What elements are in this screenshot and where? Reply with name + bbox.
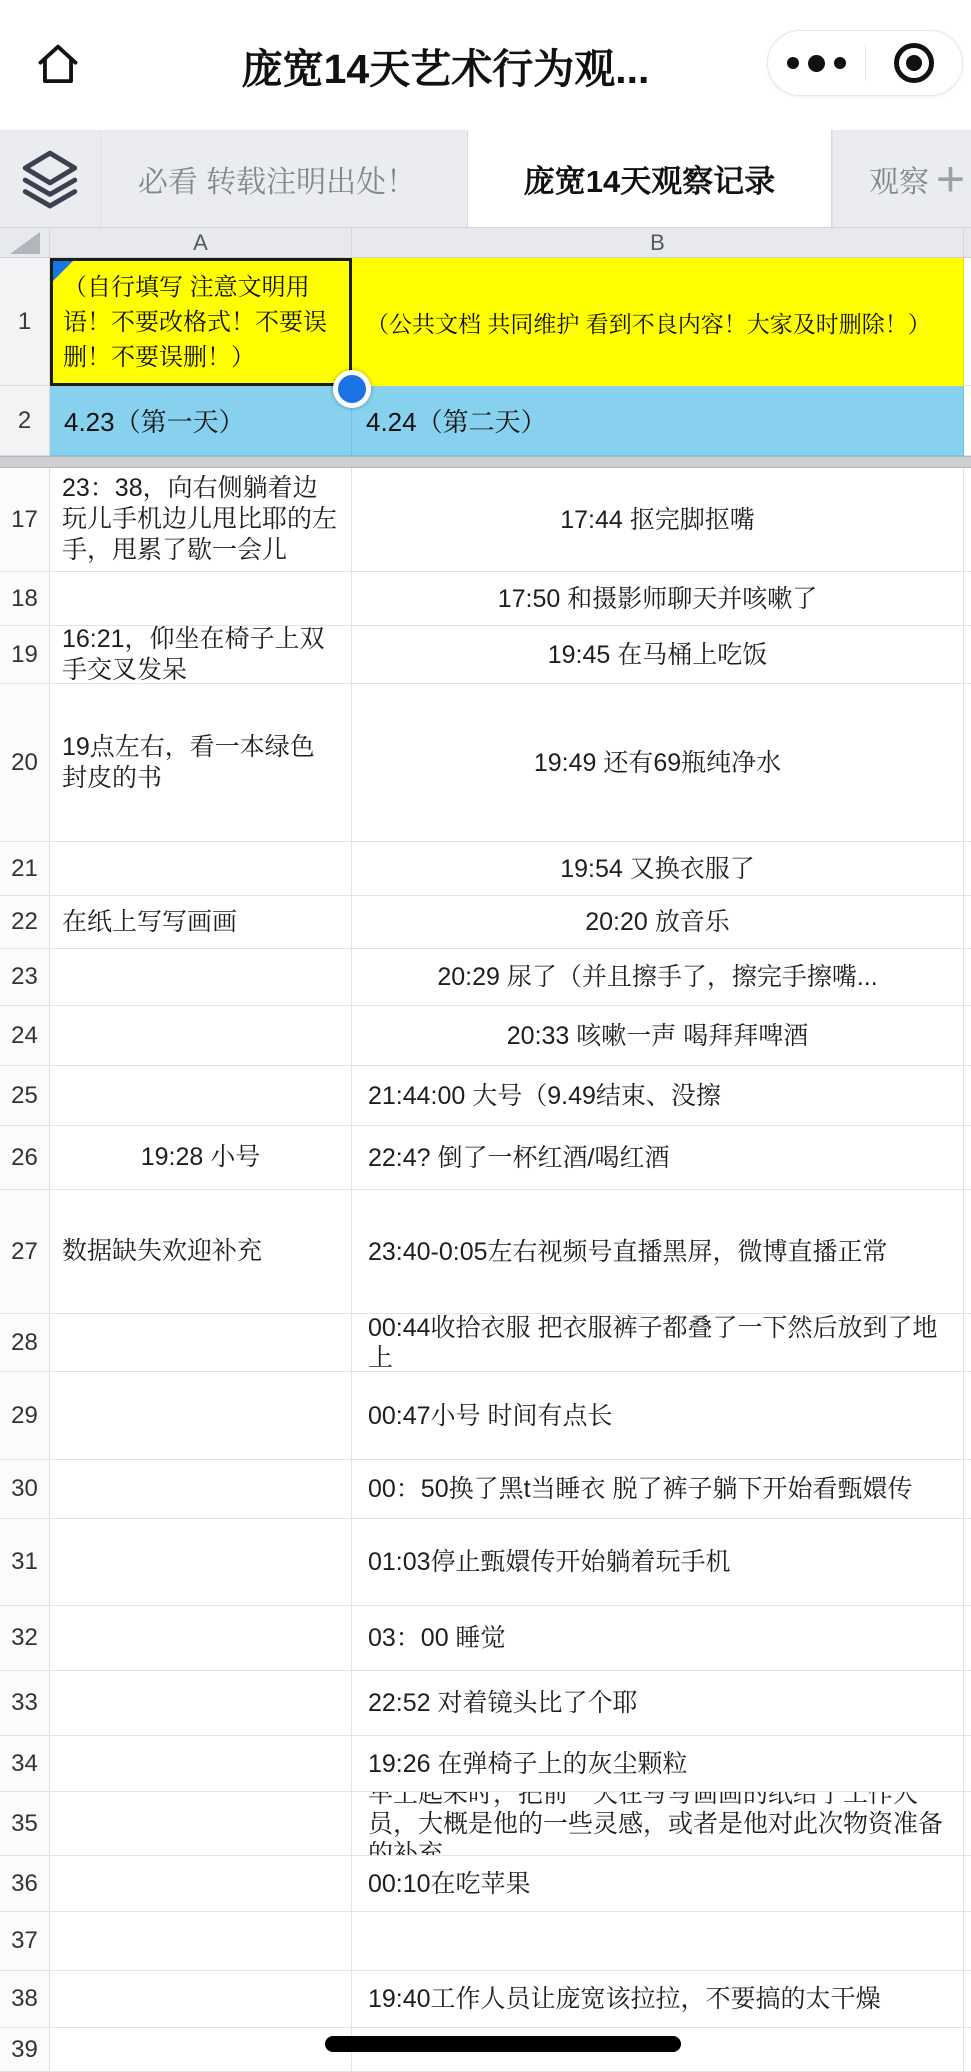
select-all-corner[interactable] (0, 228, 50, 257)
cell-a33[interactable] (50, 1671, 352, 1736)
table-row: 34 19:26 在弹椅子上的灰尘颗粒 (0, 1736, 971, 1792)
capsule-close-button[interactable] (866, 31, 963, 95)
column-c-sliver (964, 1314, 971, 1372)
cell-b21[interactable]: 19:54 又换衣服了 (352, 842, 964, 896)
selection-wedge (50, 258, 76, 284)
sheet-tabbar: 必看 转载注明出处！ 庞宽14天观察记录 观察 + (0, 130, 971, 228)
more-icon (787, 55, 846, 72)
table-row: 23 20:29 尿了（并且擦手了，擦完手擦嘴... (0, 949, 971, 1006)
row-number[interactable]: 36 (0, 1856, 50, 1912)
column-c-sliver (964, 1066, 971, 1126)
row-number[interactable]: 23 (0, 949, 50, 1006)
column-headers: A B (0, 228, 971, 258)
column-c-sliver (964, 842, 971, 896)
column-c-sliver (964, 1126, 971, 1190)
circle-dot-icon (894, 43, 934, 83)
col-header-a[interactable]: A (50, 228, 352, 257)
row-number[interactable]: 24 (0, 1006, 50, 1066)
table-row: 25 21:44:00 大号（9.49结束、没擦 (0, 1066, 971, 1126)
row-number[interactable]: 31 (0, 1519, 50, 1606)
row-number-1[interactable]: 1 (0, 258, 50, 386)
cell-b18[interactable]: 17:50 和摄影师聊天并咳嗽了 (352, 572, 964, 626)
sheet-list-button[interactable] (0, 130, 100, 227)
row-number[interactable]: 38 (0, 1971, 50, 2028)
row-number[interactable]: 18 (0, 572, 50, 626)
column-c-sliver (964, 949, 971, 1006)
cell-b38[interactable]: 19:40工作人员让庞宽该拉拉，不要搞的太干燥 (352, 1971, 964, 2028)
row-number[interactable]: 17 (0, 468, 50, 572)
cell-b26[interactable]: 22:4? 倒了一杯红酒/喝红酒 (352, 1126, 964, 1190)
selection-handle[interactable] (333, 370, 371, 408)
table-row: 31 01:03停止甄嬛传开始躺着玩手机 (0, 1519, 971, 1606)
row-number[interactable]: 22 (0, 896, 50, 949)
home-icon (31, 37, 85, 91)
cell-b30[interactable]: 00：50换了黑t当睡衣 脱了裤子躺下开始看甄嬛传 (352, 1460, 964, 1519)
column-c-sliver (964, 258, 971, 386)
row-number[interactable]: 19 (0, 626, 50, 684)
table-row: 35 早上起来时，把前一天在写写画画的纸给了工作人员，大概是他的一些灵感，或者是… (0, 1792, 971, 1856)
cell-b33[interactable]: 22:52 对着镜头比了个耶 (352, 1671, 964, 1736)
cell-b23[interactable]: 20:29 尿了（并且擦手了，擦完手擦嘴... (352, 949, 964, 1006)
column-c-sliver (964, 468, 971, 572)
add-sheet-button[interactable]: + (930, 130, 971, 227)
column-c-sliver (964, 572, 971, 626)
column-c-sliver (964, 1912, 971, 1971)
cell-a39[interactable] (50, 2028, 352, 2072)
col-header-b[interactable]: B (352, 228, 964, 257)
row-number[interactable]: 26 (0, 1126, 50, 1190)
row-number[interactable]: 35 (0, 1792, 50, 1856)
column-c-sliver (964, 386, 971, 456)
cell-b24[interactable]: 20:33 咳嗽一声 喝拜拜啤酒 (352, 1006, 964, 1066)
row-number[interactable]: 21 (0, 842, 50, 896)
cell-a23[interactable] (50, 949, 352, 1006)
cell-a38[interactable] (50, 1971, 352, 2028)
row-2: 2 4.23（第一天） 4.24（第二天） (0, 386, 971, 456)
cell-a25[interactable] (50, 1066, 352, 1126)
row-number[interactable]: 33 (0, 1671, 50, 1736)
table-row: 22 在纸上写写画画 20:20 放音乐 (0, 896, 971, 949)
table-row: 33 22:52 对着镜头比了个耶 (0, 1671, 971, 1736)
table-row: 27 数据缺失欢迎补充 23:40-0:05左右视频号直播黑屏，微博直播正常 (0, 1190, 971, 1314)
row-number[interactable]: 28 (0, 1314, 50, 1372)
column-c-sliver (964, 1606, 971, 1671)
cell-b31[interactable]: 01:03停止甄嬛传开始躺着玩手机 (352, 1519, 964, 1606)
tab-next-sheet[interactable]: 观察 (832, 130, 930, 227)
cell-a24[interactable] (50, 1006, 352, 1066)
table-row: 18 17:50 和摄影师聊天并咳嗽了 (0, 572, 971, 626)
cell-b19[interactable]: 19:45 在马桶上吃饭 (352, 626, 964, 684)
cell-b34[interactable]: 19:26 在弹椅子上的灰尘颗粒 (352, 1736, 964, 1792)
cell-a19[interactable]: 16:21，仰坐在椅子上双手交叉发呆 (50, 626, 352, 684)
row-number[interactable]: 27 (0, 1190, 50, 1314)
tab-notice-sheet[interactable]: 必看 转载注明出处！ (100, 130, 467, 227)
column-c-sliver (964, 1856, 971, 1912)
tab-label: 必看 转载注明出处！ (138, 157, 416, 201)
navbar: 庞宽14天艺术行为观... (0, 0, 971, 130)
table-row: 19 16:21，仰坐在椅子上双手交叉发呆 19:45 在马桶上吃饭 (0, 626, 971, 684)
cell-b32[interactable]: 03：00 睡觉 (352, 1606, 964, 1671)
cell-b20[interactable]: 19:49 还有69瓶纯净水 (352, 684, 964, 842)
cell-b37[interactable] (352, 1912, 964, 1971)
cell-b28[interactable]: 00:44收拾衣服 把衣服裤子都叠了一下然后放到了地上 (352, 1314, 964, 1372)
row-1: 1 （自行填写 注意文明用语！不要改格式！不要误删！不要误删！） （公共文档 共… (0, 258, 971, 386)
cell-a36[interactable] (50, 1856, 352, 1912)
column-c-sliver (964, 1971, 971, 2028)
cell-a2[interactable]: 4.23（第一天） (50, 386, 352, 456)
column-c-sliver (964, 1792, 971, 1856)
column-c-sliver (964, 1671, 971, 1736)
table-row: 20 19点左右，看一本绿色封皮的书 19:49 还有69瓶纯净水 (0, 684, 971, 842)
cell-b1[interactable]: （公共文档 共同维护 看到不良内容！大家及时删除！） (352, 258, 964, 386)
table-row: 24 20:33 咳嗽一声 喝拜拜啤酒 (0, 1006, 971, 1066)
column-c-sliver (964, 896, 971, 949)
cell-a29[interactable] (50, 1372, 352, 1460)
cell-b29[interactable]: 00:47小号 时间有点长 (352, 1372, 964, 1460)
cell-a20[interactable]: 19点左右，看一本绿色封皮的书 (50, 684, 352, 842)
table-row: 17 23：38，向右侧躺着边玩儿手机边儿甩比耶的左手，甩累了歇一会儿 17:4… (0, 468, 971, 572)
column-c-sliver (964, 2028, 971, 2072)
cell-a32[interactable] (50, 1606, 352, 1671)
table-row: 38 19:40工作人员让庞宽该拉拉，不要搞的太干燥 (0, 1971, 971, 2028)
table-row: 30 00：50换了黑t当睡衣 脱了裤子躺下开始看甄嬛传 (0, 1460, 971, 1519)
column-c-sliver (964, 1006, 971, 1066)
row-number[interactable]: 29 (0, 1372, 50, 1460)
cell-a34[interactable] (50, 1736, 352, 1792)
miniprogram-capsule (767, 30, 963, 96)
cell-b2[interactable]: 4.24（第二天） (352, 386, 964, 456)
column-c-sliver (964, 1736, 971, 1792)
col-header-c-sliver (964, 228, 971, 257)
cell-b35[interactable]: 早上起来时，把前一天在写写画画的纸给了工作人员，大概是他的一些灵感，或者是他对此… (352, 1792, 964, 1856)
home-indicator (325, 2036, 681, 2052)
row-number[interactable]: 20 (0, 684, 50, 842)
cell-a28[interactable] (50, 1314, 352, 1372)
cell-a1-selected[interactable]: （自行填写 注意文明用语！不要改格式！不要误删！不要误删！） (50, 258, 352, 386)
cell-b36[interactable]: 00:10在吃苹果 (352, 1856, 964, 1912)
stacked-sheets-icon (17, 146, 83, 212)
cell-a30[interactable] (50, 1460, 352, 1519)
cell-b25[interactable]: 21:44:00 大号（9.49结束、没擦 (352, 1066, 964, 1126)
row-number-2[interactable]: 2 (0, 386, 50, 456)
cell-a26[interactable]: 19:28 小号 (50, 1126, 352, 1190)
cell-a18[interactable] (50, 572, 352, 626)
table-row: 32 03：00 睡觉 (0, 1606, 971, 1671)
column-c-sliver (964, 1372, 971, 1460)
cell-a22[interactable]: 在纸上写写画画 (50, 896, 352, 949)
frozen-pane-divider (0, 456, 971, 468)
table-row: 37 (0, 1912, 971, 1971)
page-title: 庞宽14天艺术行为观... (150, 0, 741, 130)
table-row: 29 00:47小号 时间有点长 (0, 1372, 971, 1460)
cell-b22[interactable]: 20:20 放音乐 (352, 896, 964, 949)
tab-label: 观察 (869, 157, 929, 201)
row-number[interactable]: 32 (0, 1606, 50, 1671)
home-button[interactable] (30, 36, 86, 92)
tab-label: 庞宽14天观察记录 (524, 156, 775, 201)
column-c-sliver (964, 1460, 971, 1519)
table-row: 21 19:54 又换衣服了 (0, 842, 971, 896)
row-number[interactable]: 34 (0, 1736, 50, 1792)
cell-text: （自行填写 注意文明用语！不要改格式！不要误删！不要误删！） (63, 270, 339, 375)
table-row: 26 19:28 小号 22:4? 倒了一杯红酒/喝红酒 (0, 1126, 971, 1190)
cell-a31[interactable] (50, 1519, 352, 1606)
cell-a27[interactable]: 数据缺失欢迎补充 (50, 1190, 352, 1314)
table-row: 36 00:10在吃苹果 (0, 1856, 971, 1912)
row-number[interactable]: 39 (0, 2028, 50, 2072)
app-screen: 庞宽14天艺术行为观... 必看 转载注明出处！ 庞宽14天观察记录 (0, 0, 971, 2072)
column-c-sliver (964, 1190, 971, 1314)
column-c-sliver (964, 626, 971, 684)
row-number[interactable]: 30 (0, 1460, 50, 1519)
cell-text: （公共文档 共同维护 看到不良内容！大家及时删除！） (366, 306, 931, 339)
column-c-sliver (964, 684, 971, 842)
tab-observation-record[interactable]: 庞宽14天观察记录 (467, 130, 832, 227)
cell-a21[interactable] (50, 842, 352, 896)
sheet-rows: 17 23：38，向右侧躺着边玩儿手机边儿甩比耶的左手，甩累了歇一会儿 17:4… (0, 468, 971, 2072)
cell-a35[interactable] (50, 1792, 352, 1856)
row-number[interactable]: 25 (0, 1066, 50, 1126)
cell-b27[interactable]: 23:40-0:05左右视频号直播黑屏，微博直播正常 (352, 1190, 964, 1314)
cell-b17[interactable]: 17:44 抠完脚抠嘴 (352, 468, 964, 572)
table-row: 28 00:44收拾衣服 把衣服裤子都叠了一下然后放到了地上 (0, 1314, 971, 1372)
cell-a37[interactable] (50, 1912, 352, 1971)
row-number[interactable]: 37 (0, 1912, 50, 1971)
plus-icon: + (936, 150, 965, 208)
corner-triangle-icon (10, 232, 40, 254)
cell-a17[interactable]: 23：38，向右侧躺着边玩儿手机边儿甩比耶的左手，甩累了歇一会儿 (50, 468, 352, 572)
column-c-sliver (964, 1519, 971, 1606)
more-button[interactable] (768, 31, 865, 95)
